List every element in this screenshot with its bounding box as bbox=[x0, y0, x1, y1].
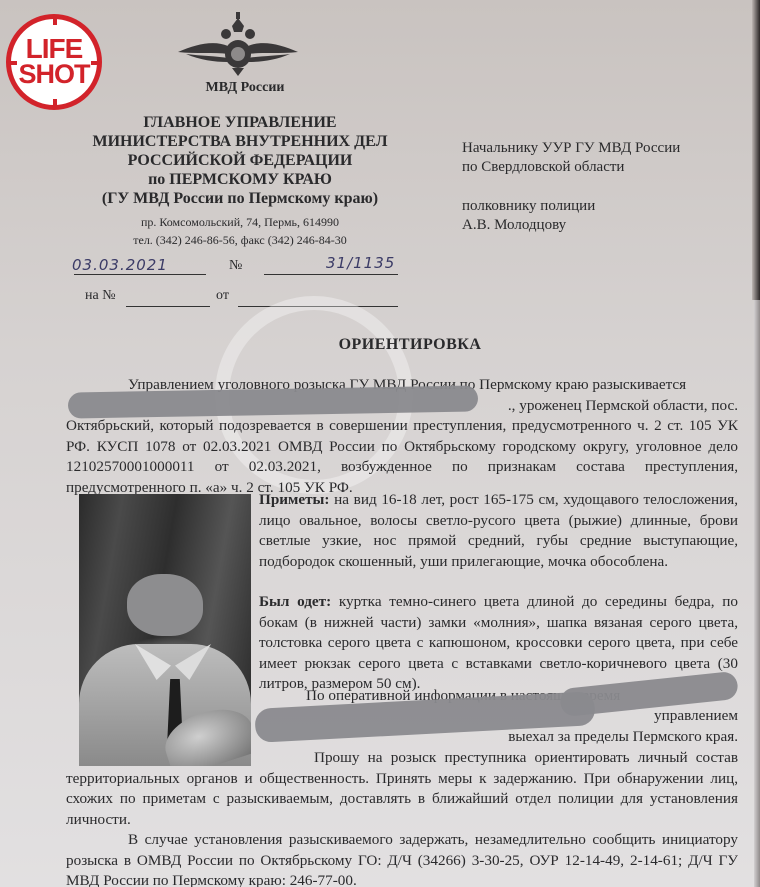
org-line: ГЛАВНОЕ УПРАВЛЕНИЕ bbox=[90, 113, 390, 132]
org-line: по ПЕРМСКОМУ КРАЮ bbox=[90, 170, 390, 189]
organization-name: ГЛАВНОЕ УПРАВЛЕНИЕ МИНИСТЕРСТВА ВНУТРЕНН… bbox=[90, 113, 390, 208]
org-address: пр. Комсомольский, 74, Пермь, 614990 bbox=[110, 213, 370, 231]
mvd-eagle-emblem-icon bbox=[176, 10, 300, 76]
addressee-block: Начальнику УУР ГУ МВД России по Свердлов… bbox=[462, 139, 680, 235]
ref-date-label: от bbox=[216, 288, 229, 304]
signs-text: на вид 16-18 лет, рост 165-175 см, худощ… bbox=[259, 491, 738, 570]
logo-tick bbox=[7, 61, 17, 65]
clothes-label: Был одет: bbox=[259, 593, 331, 610]
logo-tick bbox=[53, 15, 57, 25]
org-line: РОССИЙСКОЙ ФЕДЕРАЦИИ bbox=[90, 151, 390, 170]
contact-paragraph: В случае установления разыскиваемого зад… bbox=[66, 830, 738, 887]
addressee-line: по Свердловской области bbox=[462, 158, 680, 177]
organization-contacts: пр. Комсомольский, 74, Пермь, 614990 тел… bbox=[110, 213, 370, 249]
handwritten-number: 31/1135 bbox=[326, 254, 395, 272]
logo-text-life: LIFE bbox=[26, 36, 83, 63]
org-phones: тел. (342) 246-86-56, факс (342) 246-84-… bbox=[110, 231, 370, 249]
org-line: МИНИСТЕРСТВА ВНУТРЕННИХ ДЕЛ bbox=[90, 132, 390, 151]
suspect-photo bbox=[79, 494, 251, 766]
signs-label: Приметы: bbox=[259, 491, 329, 508]
face-blur-redaction bbox=[127, 574, 203, 636]
paper-edge-shadow bbox=[754, 300, 760, 887]
logo-tick bbox=[53, 99, 57, 109]
intro-paragraph: Октябрьский, который подозревается в сов… bbox=[66, 416, 738, 498]
paper-edge-shadow bbox=[752, 0, 760, 300]
addressee-line: Начальнику УУР ГУ МВД России bbox=[462, 139, 680, 158]
ref-date-underline bbox=[238, 290, 398, 307]
handwritten-date: 03.03.2021 bbox=[72, 256, 168, 274]
ministry-short-name: МВД России bbox=[190, 80, 300, 96]
intro-line-2: ., уроженец Пермской области, пос. bbox=[480, 396, 738, 417]
logo-text-shot: SHOT bbox=[18, 62, 89, 88]
signs-paragraph: Приметы: на вид 16-18 лет, рост 165-175 … bbox=[259, 490, 738, 572]
logo-tick bbox=[91, 61, 101, 65]
request-paragraph: Прошу на розыск преступника ориентироват… bbox=[66, 748, 738, 830]
number-label: № bbox=[229, 258, 242, 274]
org-line: (ГУ МВД России по Пермскому краю) bbox=[90, 189, 390, 208]
addressee-rank: полковнику полиции bbox=[462, 197, 680, 216]
document-title: ОРИЕНТИРОВКА bbox=[60, 336, 760, 354]
ref-number-underline bbox=[126, 290, 210, 307]
addressee-name: А.В. Молодцову bbox=[462, 216, 680, 235]
ref-number-label: на № bbox=[85, 288, 116, 304]
lifeshot-logo: LIFE SHOT bbox=[6, 14, 102, 110]
